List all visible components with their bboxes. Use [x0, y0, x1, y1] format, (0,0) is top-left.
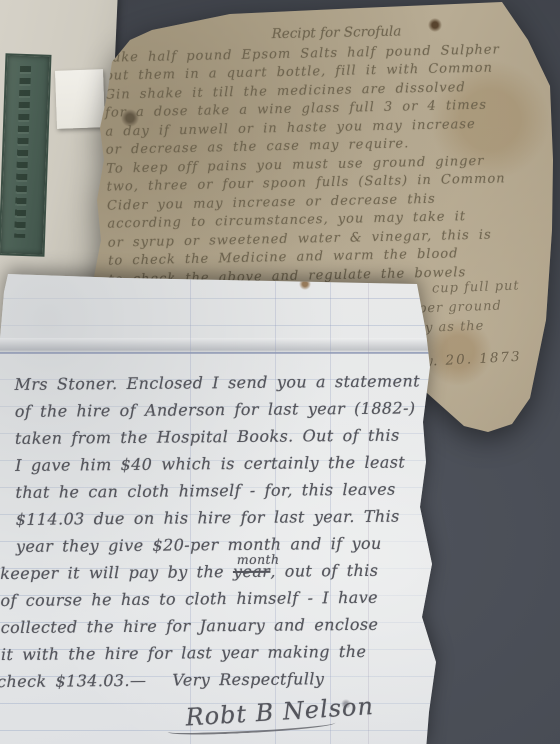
letter-line: $114.03 due on his hire for last year. T… — [16, 502, 456, 533]
letter-line: Mrs Stoner. Enclosed I send you a statem… — [14, 367, 454, 398]
correction-suffix: , out of this — [270, 561, 378, 581]
letter-line: taken from the Hospital Books. Out of th… — [15, 421, 455, 452]
letter-line: it with the hire for last year making th… — [1, 637, 457, 668]
letter-text-block: Mrs Stoner. Enclosed I send you a statem… — [14, 367, 457, 735]
letter-line: of the hire of Anderson for last year (1… — [15, 394, 455, 425]
letter-line: I gave him $40 which is certainly the le… — [15, 448, 455, 479]
recipe-text-block: Recipt for Scrofula Take half pound Epso… — [103, 19, 554, 289]
letter-document: Mrs Stoner. Enclosed I send you a statem… — [0, 272, 466, 744]
letter-line-with-correction: keeper it will pay by the yearmonth, out… — [0, 556, 456, 587]
photo-stage: Recipt for Scrofula Take half pound Epso… — [0, 0, 560, 744]
ledger-header-rule — [0, 352, 466, 354]
spine-label-embossed-text — [14, 66, 31, 238]
letter-amount-line: check $134.03.—Very Respectfully — [0, 664, 457, 695]
paper-crease — [0, 338, 466, 352]
letter-line: collected the hire for January and enclo… — [1, 610, 457, 641]
check-amount: check $134.03.— — [0, 671, 146, 691]
spine-label — [0, 53, 52, 256]
letter-line: of course he has to cloth himself - I ha… — [0, 583, 456, 614]
letter-paper: Mrs Stoner. Enclosed I send you a statem… — [0, 272, 466, 744]
closing-phrase: Very Respectfully — [172, 669, 324, 689]
letter-line: that he can cloth himself - for, this le… — [15, 475, 455, 506]
correction-prefix: keeper it will pay by the — [0, 562, 233, 583]
inserted-word: month — [237, 546, 280, 573]
